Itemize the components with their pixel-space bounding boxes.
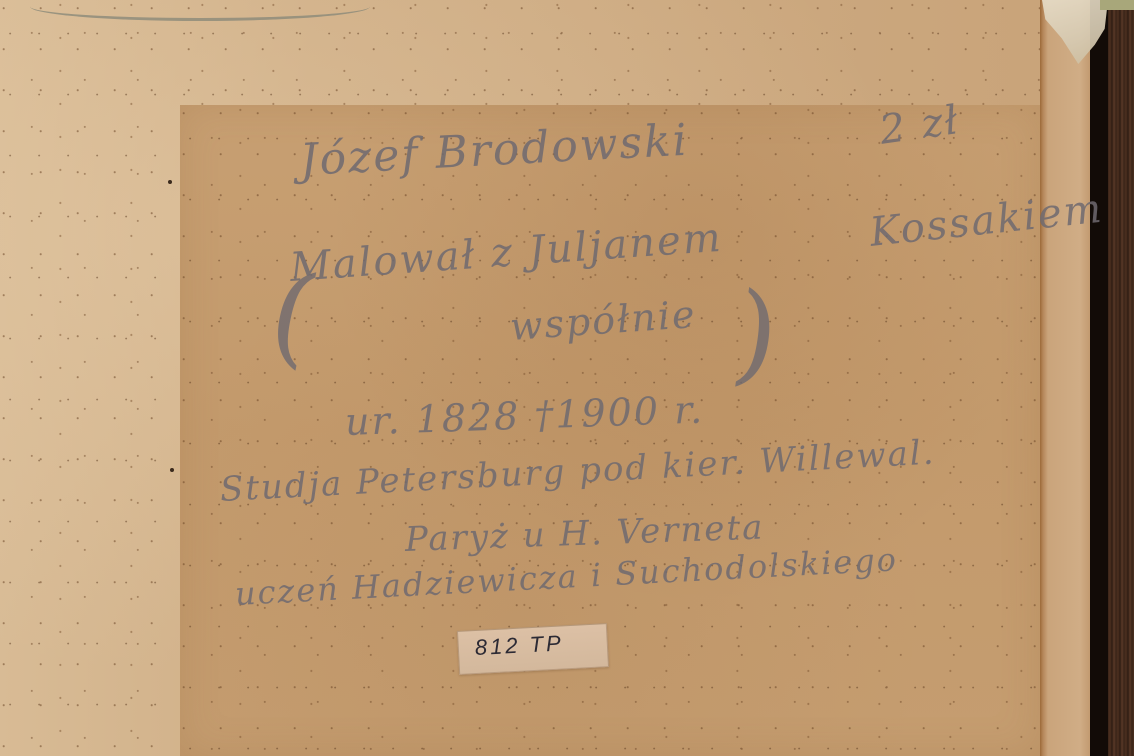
- nail-hole: [170, 468, 174, 472]
- inventory-label: 812 TP: [457, 623, 609, 675]
- green-tape-fragment: [1100, 0, 1134, 10]
- inventory-number: 812 TP: [474, 630, 564, 661]
- wooden-frame-edge: [1108, 0, 1134, 756]
- painting-back-photo: Józef Brodowski 2 zł ( Malował z Juljane…: [0, 0, 1134, 756]
- nail-hole: [168, 180, 172, 184]
- frame-gap-shadow: [1090, 0, 1108, 756]
- backing-edge-strip: [1040, 0, 1090, 756]
